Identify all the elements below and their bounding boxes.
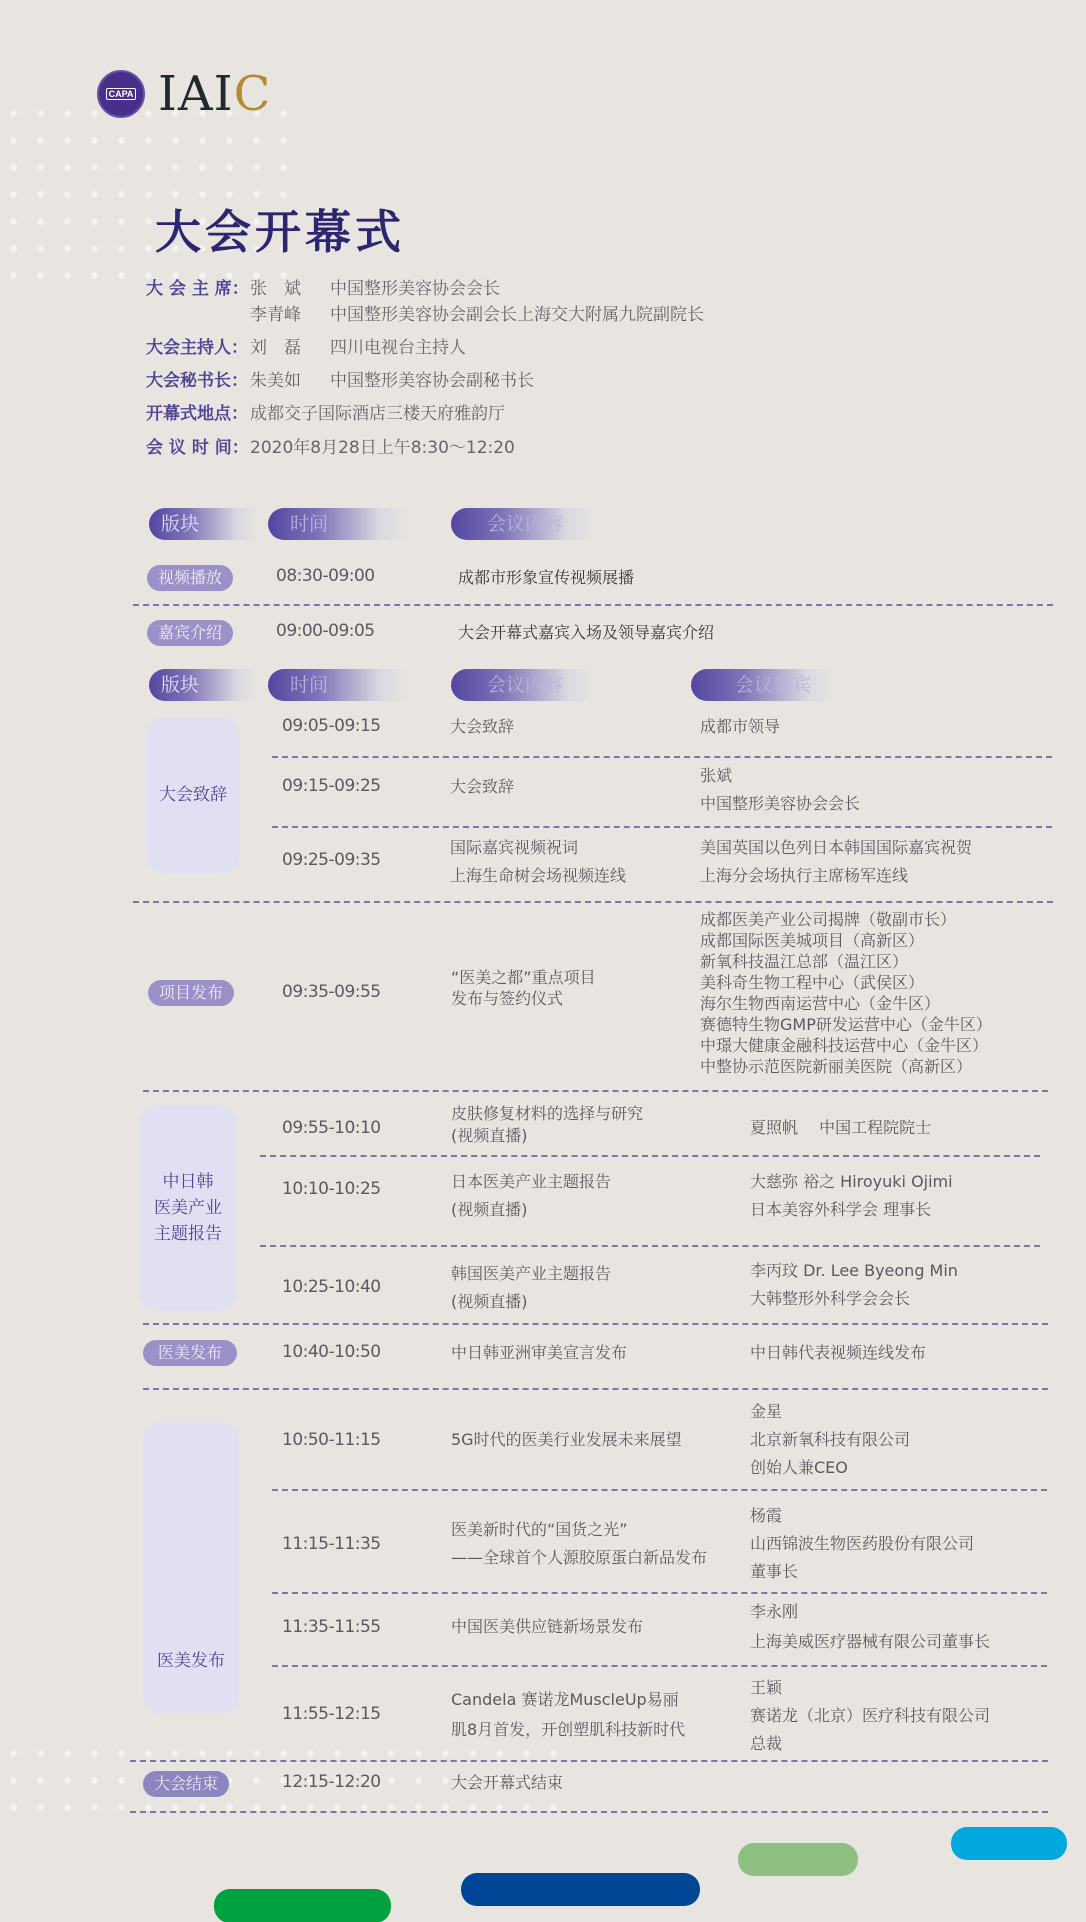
row-content: 上海生命树会场视频连线: [450, 862, 626, 889]
header-block: 版块: [149, 669, 259, 701]
row-content: Candela 赛诺龙MuscleUp易丽: [451, 1686, 679, 1713]
decorative-bar-navy: [461, 1873, 700, 1906]
row-time: 10:25-10:40: [282, 1277, 381, 1297]
divider: [130, 1760, 1048, 1762]
row-guest: 张斌: [700, 762, 732, 789]
row-time: 11:15-11:35: [282, 1534, 381, 1554]
block-speech: 大会致辞: [146, 717, 240, 873]
row-time: 10:10-10:25: [282, 1179, 381, 1199]
agenda-page: CAPA IAIC 大会开幕式 大 会 主 席：张 斌中国整形美容协会会长 李青…: [0, 0, 1086, 1922]
decorative-bar-cyan: [951, 1827, 1067, 1860]
venue-row: 开幕式地点：成都交子国际酒店三楼天府雅韵厅: [146, 399, 505, 424]
row-guest: 李丙玟 Dr. Lee Byeong Min: [750, 1257, 958, 1284]
header-time: 时间: [268, 508, 408, 540]
row-content: 肌8月首发，开创塑肌科技新时代: [451, 1716, 685, 1743]
chair-row: 大 会 主 席：张 斌中国整形美容协会会长: [146, 274, 500, 299]
tag-guest-intro: 嘉宾介绍: [147, 620, 233, 646]
tag-project: 项目发布: [148, 980, 234, 1006]
header-time: 时间: [268, 669, 408, 701]
block-release: 医美发布: [143, 1422, 239, 1714]
row-content: ——全球首个人源胶原蛋白新品发布: [451, 1544, 707, 1571]
row-content: 成都市形象宣传视频展播: [458, 564, 634, 591]
row-guest: 成都市领导: [700, 713, 780, 740]
iaic-logo: IAIC: [158, 66, 271, 122]
row-time: 09:00-09:05: [276, 621, 375, 641]
divider: [272, 756, 1052, 758]
project-item: 美科奇生物工程中心（武侯区）: [700, 972, 924, 993]
row-time: 09:25-09:35: [282, 850, 381, 870]
project-item: 成都医美产业公司揭牌（敬副市长）: [700, 909, 956, 930]
decorative-bar-lightgreen: [738, 1843, 858, 1876]
capa-logo-icon: CAPA: [97, 70, 145, 118]
divider: [133, 604, 1053, 606]
row-time: 11:55-12:15: [282, 1704, 381, 1724]
row-guest: 美国英国以色列日本韩国国际嘉宾祝贺: [700, 834, 972, 861]
divider: [133, 901, 1053, 903]
header-block: 版块: [149, 508, 259, 540]
row-time: 11:35-11:55: [282, 1617, 381, 1637]
row-guest: 杨霞: [750, 1502, 782, 1529]
divider: [143, 1090, 1048, 1092]
divider: [143, 1388, 1048, 1390]
secretary-row: 大会秘书长：朱美如中国整形美容协会副秘书长: [146, 366, 534, 391]
row-guest: 大慈弥 裕之 Hiroyuki Ojimi: [750, 1168, 953, 1195]
row-content: 5G时代的医美行业发展未来展望: [451, 1426, 682, 1453]
row-guest: 上海分会场执行主席杨军连线: [700, 862, 908, 889]
project-item: 赛德特生物GMP研发运营中心（金牛区）: [700, 1014, 992, 1035]
row-guest: 李永刚: [750, 1598, 798, 1625]
divider: [260, 1245, 1040, 1247]
row-time: 09:05-09:15: [282, 716, 381, 736]
row-guest: 赛诺龙（北京）医疗科技有限公司: [750, 1702, 990, 1729]
row-content: 大会致辞: [450, 713, 514, 740]
project-item: 中璟大健康金融科技运营中心（金牛区）: [700, 1035, 988, 1056]
row-time: 10:40-10:50: [282, 1342, 381, 1362]
divider: [272, 1489, 1047, 1491]
project-item: 中整协示范医院新丽美医院（高新区）: [700, 1056, 972, 1077]
row-content: 医美新时代的“国货之光”: [451, 1516, 628, 1543]
row-guest: 中国整形美容协会会长: [700, 790, 860, 817]
row-time: 12:15-12:20: [282, 1772, 381, 1792]
tag-end: 大会结束: [143, 1771, 229, 1797]
row-content: 国际嘉宾视频祝词: [450, 834, 578, 861]
header-guest: 会议嘉宾: [691, 669, 836, 701]
tag-video: 视频播放: [147, 565, 233, 591]
row-content: 发布与签约仪式: [451, 988, 563, 1009]
row-content: 大会开幕式嘉宾入场及领导嘉宾介绍: [458, 619, 714, 646]
divider: [272, 826, 1052, 828]
row-guest: 上海美威医疗器械有限公司董事长: [750, 1628, 990, 1655]
time-row: 会 议 时 间：2020年8月28日上午8:30～12:20: [146, 433, 515, 458]
row-content: (视频直播): [451, 1196, 528, 1223]
divider: [130, 1811, 1048, 1813]
project-item: 新氧科技温江总部（温江区）: [700, 951, 908, 972]
row-guest: 王颖: [750, 1674, 782, 1701]
header-content: 会议内容: [451, 508, 596, 540]
page-title: 大会开幕式: [155, 196, 405, 262]
chair-row-2: 李青峰中国整形美容协会副会长上海交大附属九院副院长: [146, 300, 704, 325]
row-content: 中日韩亚洲审美宣言发布: [451, 1339, 627, 1366]
row-guest: 日本美容外科学会 理事长: [750, 1196, 931, 1223]
row-time: 09:55-10:10: [282, 1118, 381, 1138]
row-content: 中国医美供应链新场景发布: [451, 1613, 643, 1640]
row-content: 大会开幕式结束: [451, 1769, 563, 1796]
row-guest: 董事长: [750, 1558, 798, 1585]
block-cjk: 中日韩 医美产业 主题报告: [140, 1105, 236, 1311]
divider: [272, 1665, 1047, 1667]
row-content: 皮肤修复材料的选择与研究: [451, 1103, 643, 1124]
row-content: 大会致辞: [450, 773, 514, 800]
row-guest: 总裁: [750, 1730, 782, 1757]
row-time: 09:35-09:55: [282, 982, 381, 1002]
row-guest: 山西锦波生物医药股份有限公司: [750, 1530, 974, 1557]
row-guest: 金星: [750, 1398, 782, 1425]
row-content: (视频直播): [451, 1288, 528, 1315]
row-guest: 北京新氧科技有限公司: [750, 1426, 910, 1453]
row-time: 09:15-09:25: [282, 776, 381, 796]
row-guest: 夏照帆 中国工程院院士: [750, 1114, 931, 1141]
row-content: 日本医美产业主题报告: [451, 1168, 611, 1195]
row-guest: 创始人兼CEO: [750, 1454, 848, 1481]
row-content: (视频直播): [451, 1125, 528, 1146]
divider: [143, 1323, 1048, 1325]
header-content: 会议内容: [451, 669, 596, 701]
row-time: 08:30-09:00: [276, 566, 375, 586]
project-item: 海尔生物西南运营中心（金牛区）: [700, 993, 940, 1014]
row-content: 韩国医美产业主题报告: [451, 1260, 611, 1287]
row-guest: 中日韩代表视频连线发布: [750, 1339, 926, 1366]
divider: [272, 1592, 1047, 1594]
host-row: 大会主持人：刘 磊四川电视台主持人: [146, 333, 466, 358]
decorative-bar-green: [214, 1889, 391, 1922]
tag-declaration: 医美发布: [143, 1340, 237, 1366]
row-content: “医美之都”重点项目: [451, 967, 596, 988]
row-guest: 大韩整形外科学会会长: [750, 1285, 910, 1312]
divider: [260, 1155, 1040, 1157]
row-time: 10:50-11:15: [282, 1430, 381, 1450]
project-item: 成都国际医美城项目（高新区）: [700, 930, 924, 951]
